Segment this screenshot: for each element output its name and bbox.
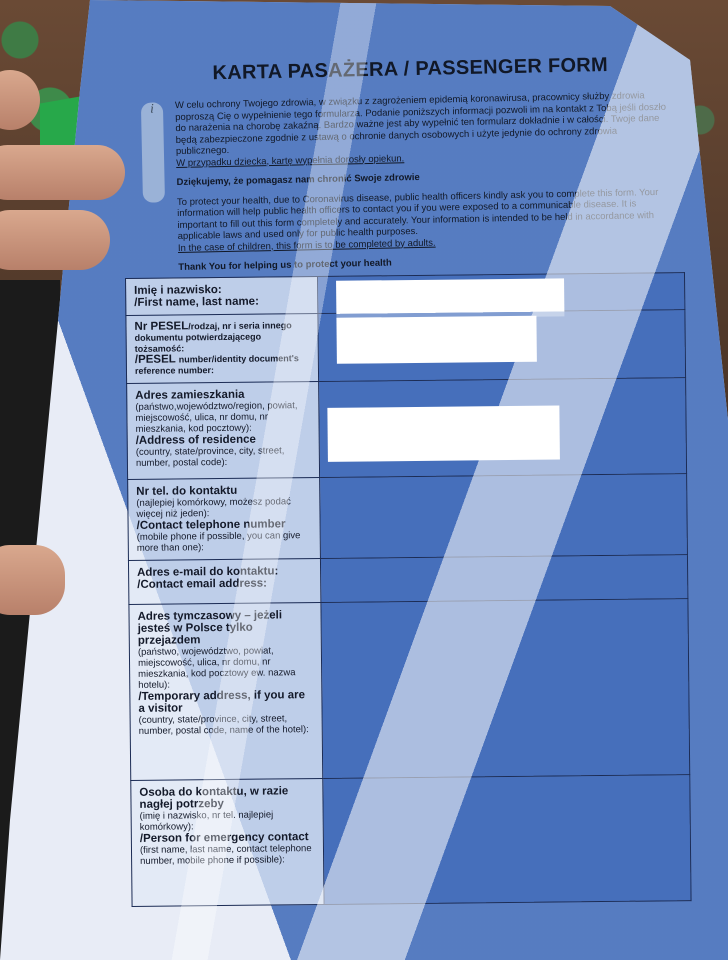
field-label-en: /First name, last name: bbox=[134, 295, 309, 309]
field-label-en: /Temporary address, if you are a visitor bbox=[138, 689, 313, 715]
field-value[interactable] bbox=[320, 474, 688, 559]
field-label: Osoba do kontaktu, w razie nagłej potrze… bbox=[131, 778, 324, 906]
field-hint-en: (country, state/province, city, street, … bbox=[136, 445, 311, 469]
field-label-en: /Contact email address: bbox=[137, 577, 312, 591]
finger bbox=[0, 545, 65, 615]
field-hint-en: (first name, last name, contact telephon… bbox=[140, 843, 315, 867]
field-hint-pl: (najlepiej komórkowy, możesz podać więce… bbox=[136, 496, 311, 520]
form-row: Adres tymczasowy – jeżeli jesteś w Polsc… bbox=[129, 599, 690, 781]
redacted-value bbox=[327, 405, 560, 461]
field-label: Nr PESEL/rodzaj, nr i seria innego dokum… bbox=[126, 313, 319, 383]
finger bbox=[0, 210, 110, 270]
field-value[interactable] bbox=[318, 310, 686, 382]
field-label: Adres e-mail do kontaktu:/Contact email … bbox=[128, 558, 320, 604]
field-label-pl: Adres tymczasowy – jeżeli jesteś w Polsc… bbox=[137, 609, 312, 647]
field-hint-pl: (państwo,województwo/region, powiat, mie… bbox=[135, 400, 310, 435]
field-label: Imię i nazwisko:/First name, last name: bbox=[126, 276, 318, 315]
field-value[interactable] bbox=[319, 378, 687, 478]
field-label-en: /PESEL number/identity document's refere… bbox=[135, 353, 310, 377]
field-label-pl: Nr PESEL/rodzaj, nr i seria innego dokum… bbox=[134, 320, 309, 355]
thanks-en: Thank You for helping us to protect your… bbox=[178, 252, 674, 274]
form-title: KARTA PASAŻERA / PASSENGER FORM bbox=[130, 53, 670, 87]
field-value[interactable] bbox=[321, 599, 690, 779]
form-row: Nr PESEL/rodzaj, nr i seria innego dokum… bbox=[126, 310, 686, 384]
field-hint-pl: (imię i nazwisko, nr tel. najlepiej komó… bbox=[140, 809, 315, 833]
field-hint-en: (country, state/province, city, street, … bbox=[139, 713, 314, 737]
field-label: Nr tel. do kontaktu(najlepiej komórkowy,… bbox=[128, 477, 321, 560]
field-value[interactable] bbox=[323, 775, 691, 905]
field-hint-pl: (państwo, województwo, powiat, miejscowo… bbox=[138, 645, 313, 691]
form-row: Nr tel. do kontaktu(najlepiej komórkowy,… bbox=[128, 474, 688, 561]
form-row: Adres zamieszkania(państwo,województwo/r… bbox=[127, 378, 687, 480]
form-row: Adres e-mail do kontaktu:/Contact email … bbox=[128, 555, 687, 605]
passenger-form-table: Imię i nazwisko:/First name, last name:N… bbox=[125, 272, 692, 907]
field-value[interactable] bbox=[320, 555, 687, 603]
field-label: Adres tymczasowy – jeżeli jesteś w Polsc… bbox=[129, 602, 323, 780]
intro-pl: W celu ochrony Twojego zdrowia, w związk… bbox=[175, 90, 672, 158]
form-row: Imię i nazwisko:/First name, last name: bbox=[126, 273, 685, 316]
form-header: KARTA PASAŻERA / PASSENGER FORM i W celu… bbox=[130, 49, 675, 283]
info-icon: i bbox=[141, 102, 165, 202]
field-label-pl: Osoba do kontaktu, w razie nagłej potrze… bbox=[139, 785, 314, 811]
finger bbox=[0, 145, 125, 200]
intro-section: i W celu ochrony Twojego zdrowia, w zwią… bbox=[131, 90, 675, 275]
thanks-pl: Dziękujemy, że pomagasz nam chronić Swoj… bbox=[176, 167, 672, 189]
field-label: Adres zamieszkania(państwo,województwo/r… bbox=[127, 381, 320, 479]
field-value[interactable] bbox=[317, 273, 684, 314]
form-row: Osoba do kontaktu, w razie nagłej potrze… bbox=[131, 775, 691, 907]
redacted-value bbox=[336, 316, 536, 364]
field-hint-en: (mobile phone if possible, you can give … bbox=[137, 530, 312, 554]
